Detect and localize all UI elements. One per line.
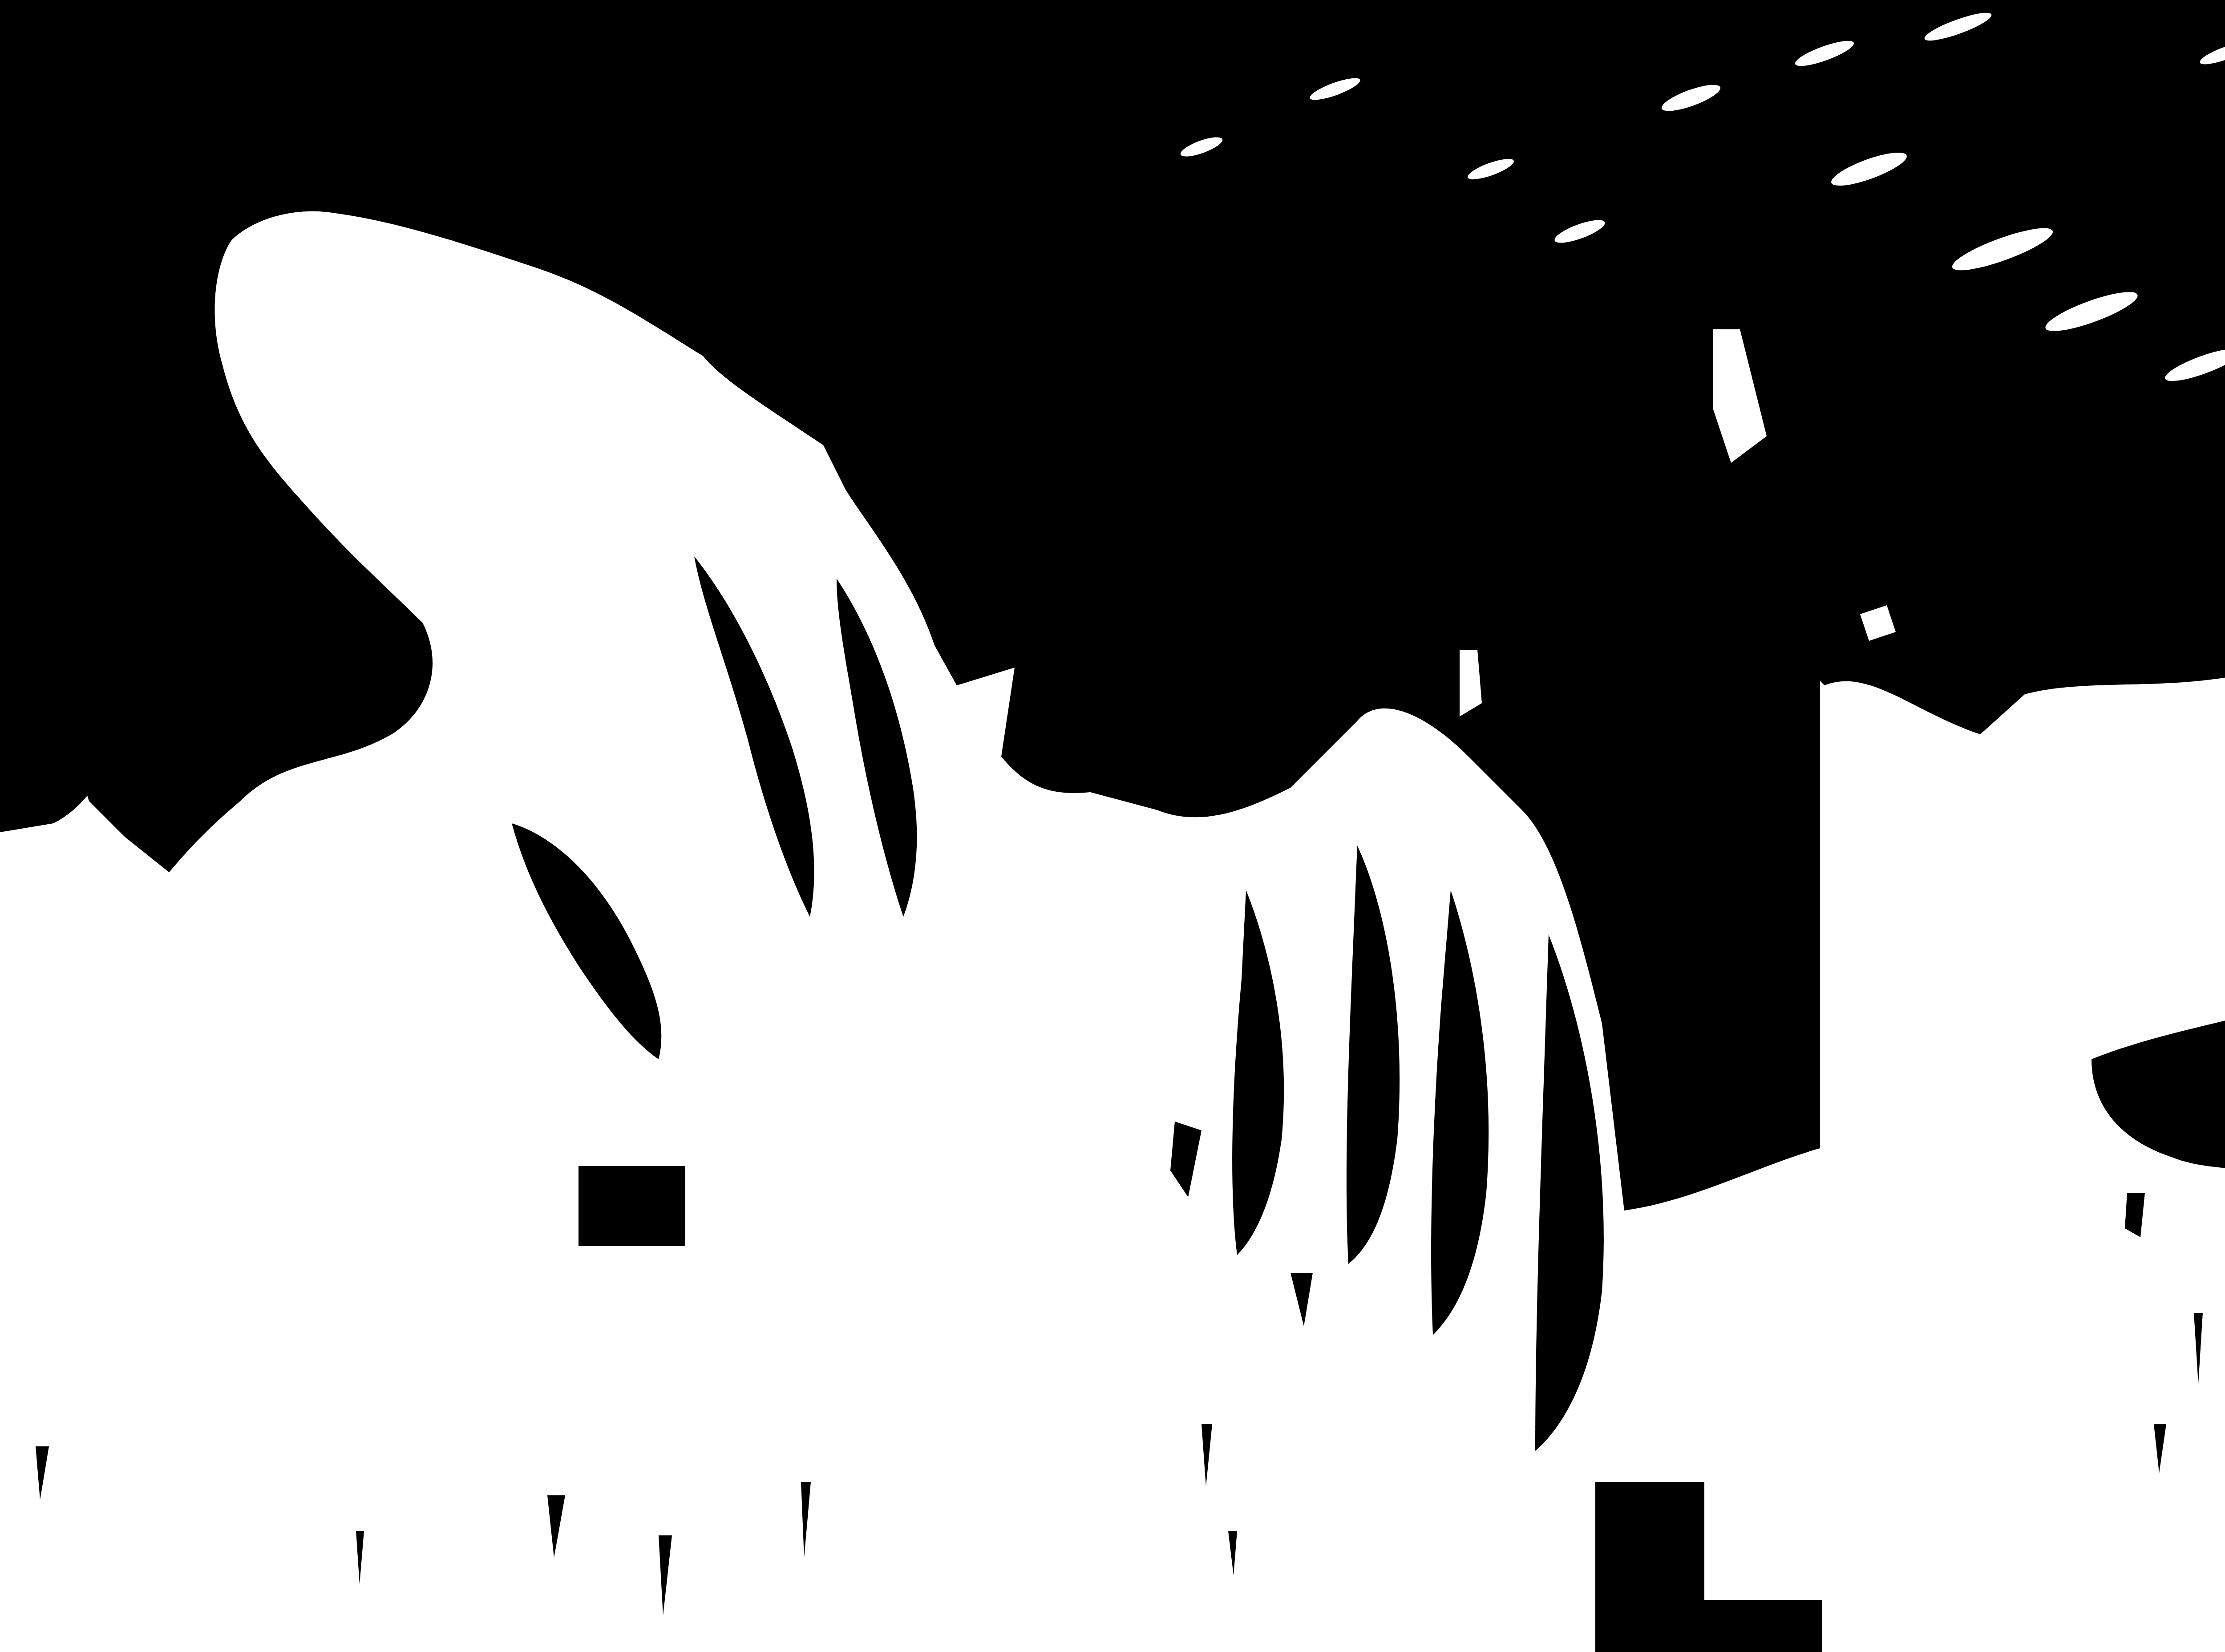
terrain-raster: [0, 0, 2225, 1652]
aerial-photo: [0, 0, 2225, 1652]
